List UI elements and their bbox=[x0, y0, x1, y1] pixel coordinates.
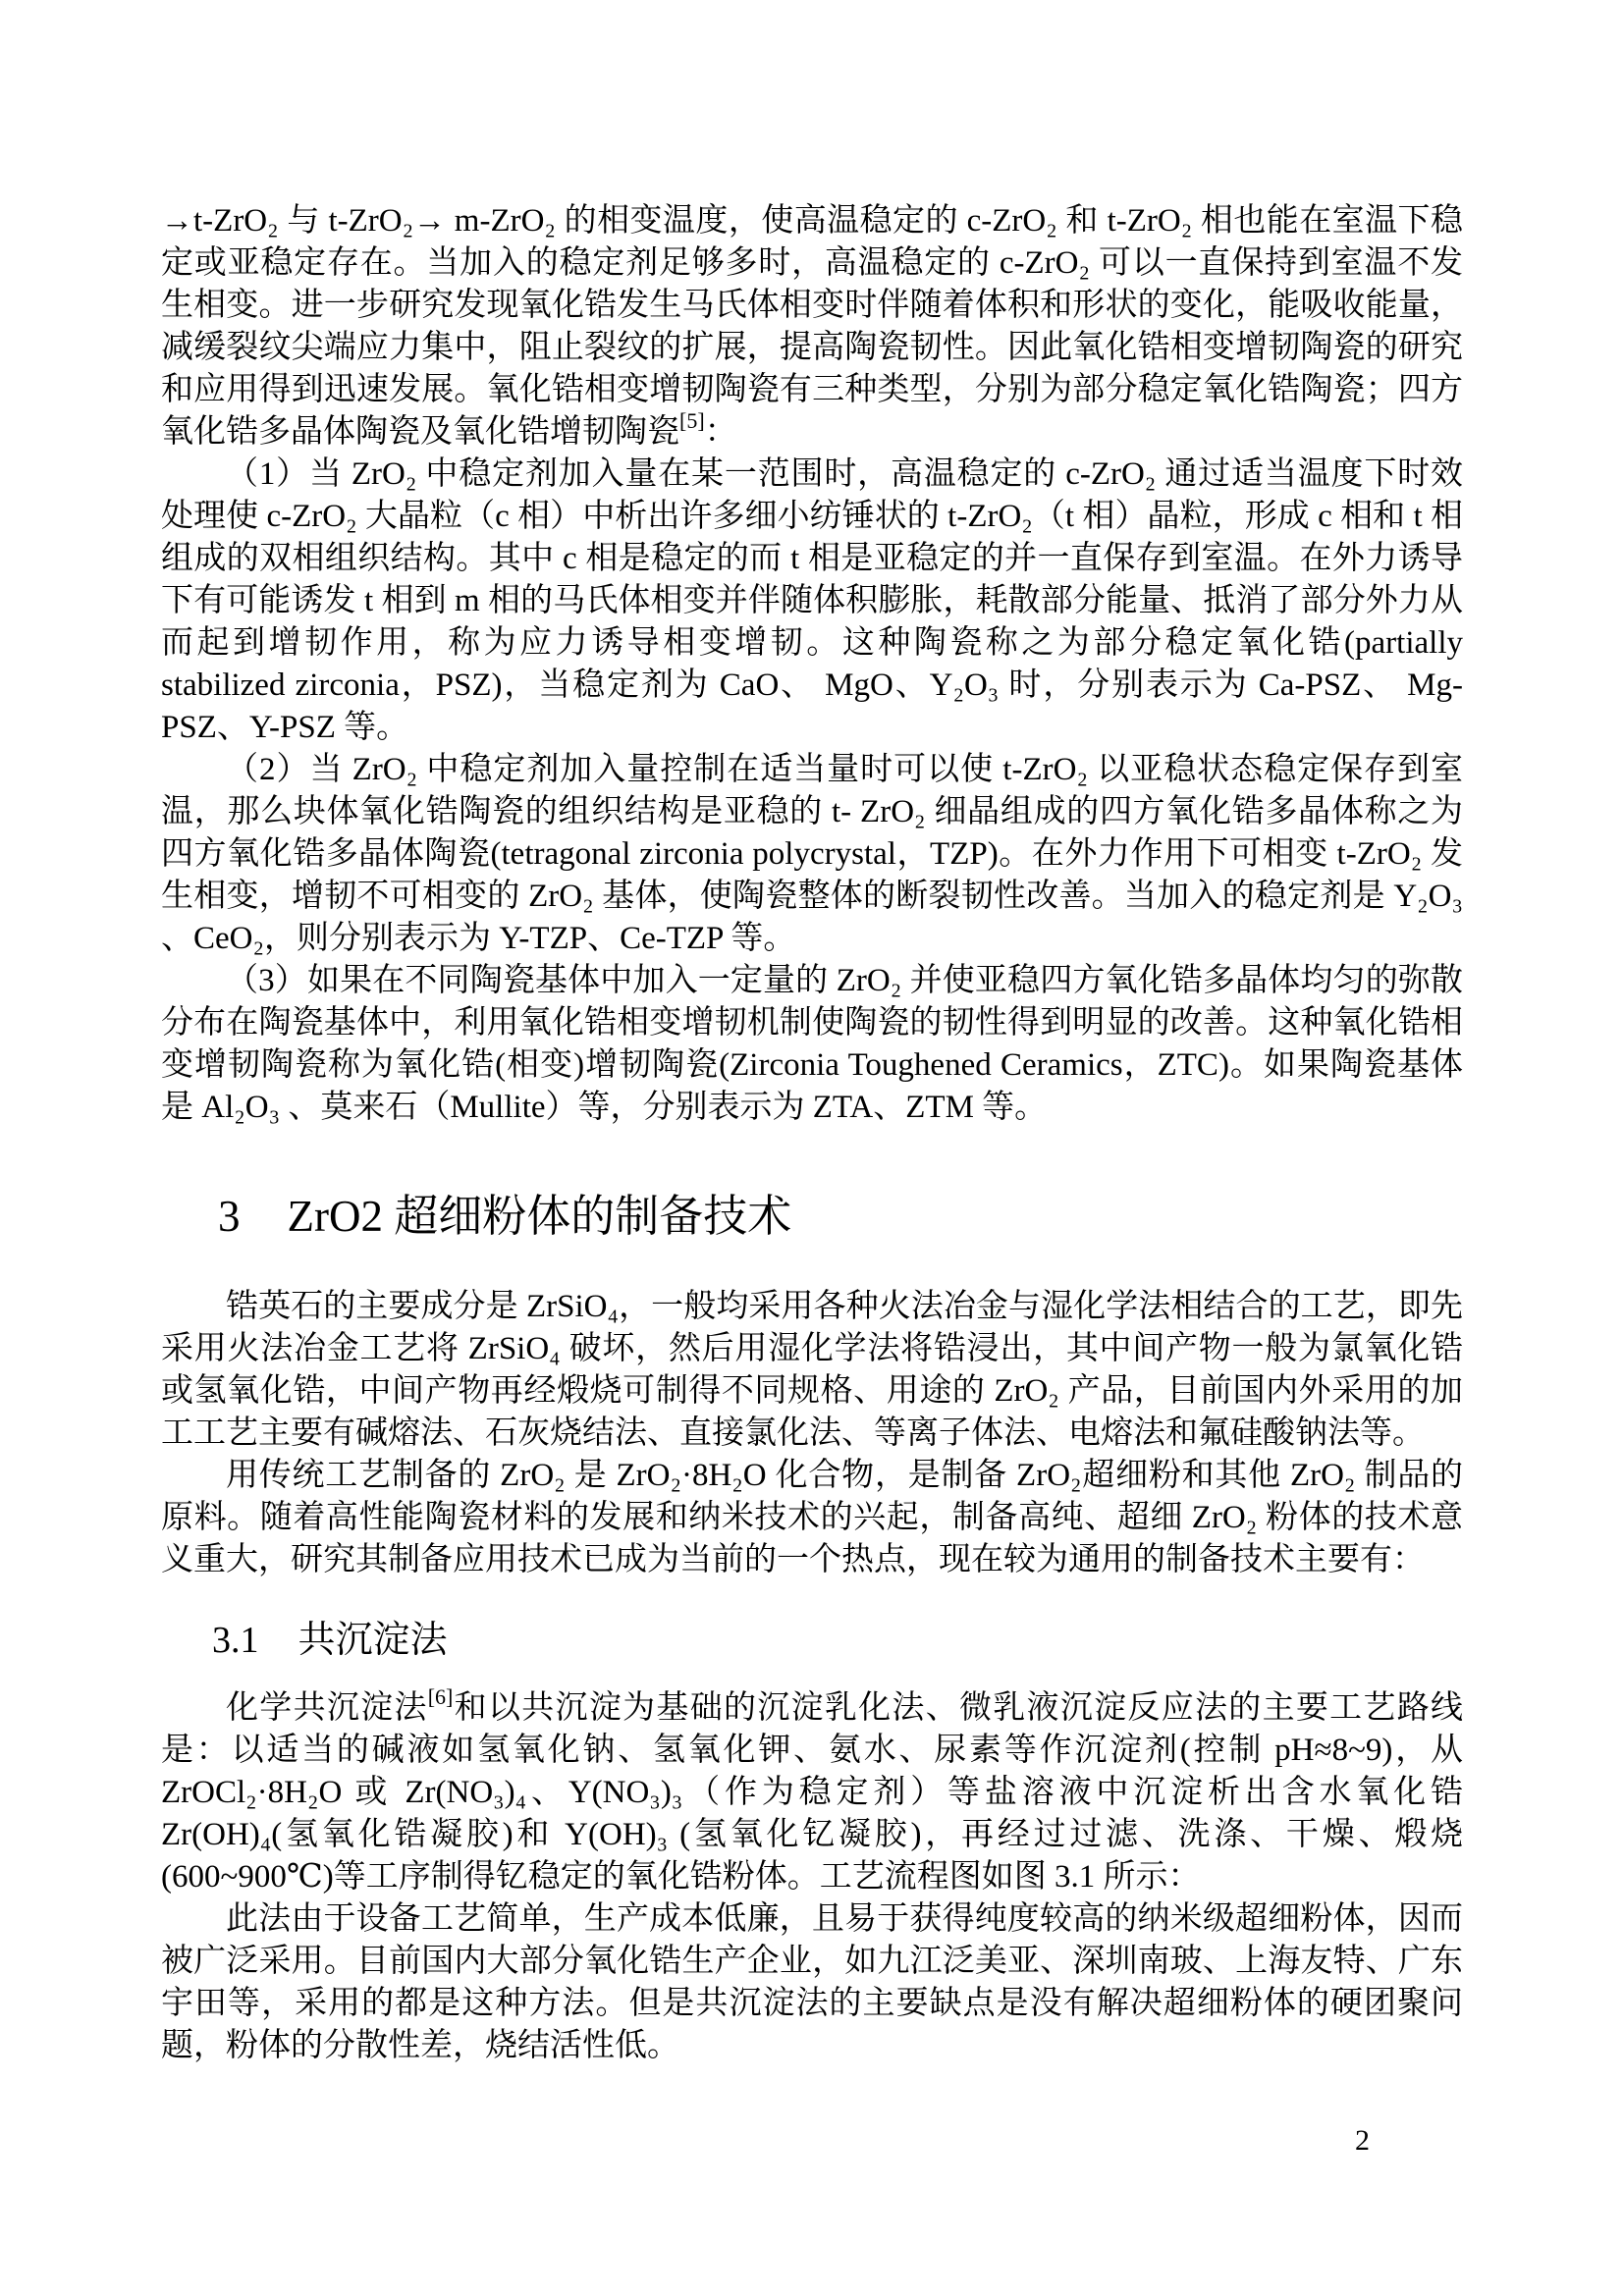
citation-ref-5: [5] bbox=[679, 408, 705, 433]
section-number: 3.1 bbox=[212, 1617, 259, 1664]
paragraph-zircon-process: 锆英石的主要成分是 ZrSiO₄，一般均采用各种火法冶金与湿化学法相结合的工艺，… bbox=[161, 1286, 1463, 1455]
paragraph-item-2-tzp: （2）当 ZrO₂ 中稳定剂加入量控制在适当量时可以使 t-ZrO₂ 以亚稳状态… bbox=[161, 749, 1463, 960]
paragraph-text: 化学共沉淀法 bbox=[226, 1690, 428, 1726]
section-title: ZrO2 超细粉体的制备技术 bbox=[288, 1192, 792, 1241]
paragraph-coprecipitation-route: 化学共沉淀法[6]和以共沉淀为基础的沉淀乳化法、微乳液沉淀反应法的主要工艺路线是… bbox=[161, 1687, 1463, 1898]
paragraph-text: →t-ZrO₂ 与 t-ZrO₂→ m-ZrO₂ 的相变温度，使高温稳定的 c-… bbox=[161, 203, 1463, 450]
section-number: 3 bbox=[218, 1190, 241, 1243]
paragraph-phase-transition-intro: →t-ZrO₂ 与 t-ZrO₂→ m-ZrO₂ 的相变温度，使高温稳定的 c-… bbox=[161, 200, 1463, 454]
section-heading-3: 3ZrO2 超细粉体的制备技术 bbox=[218, 1190, 1463, 1243]
citation-ref-6: [6] bbox=[428, 1684, 454, 1709]
document-page: →t-ZrO₂ 与 t-ZrO₂→ m-ZrO₂ 的相变温度，使高温稳定的 c-… bbox=[0, 0, 1623, 2296]
paragraph-item-3-ztc: （3）如果在不同陶瓷基体中加入一定量的 ZrO₂ 并使亚稳四方氧化锆多晶体均匀的… bbox=[161, 960, 1463, 1129]
paragraph-item-1-psz: （1）当 ZrO₂ 中稳定剂加入量在某一范围时，高温稳定的 c-ZrO₂ 通过适… bbox=[161, 454, 1463, 749]
paragraph-traditional-process: 用传统工艺制备的 ZrO₂ 是 ZrO₂·8H₂O 化合物，是制备 ZrO₂超细… bbox=[161, 1455, 1463, 1581]
page-body-text: →t-ZrO₂ 与 t-ZrO₂→ m-ZrO₂ 的相变温度，使高温稳定的 c-… bbox=[161, 200, 1463, 2067]
page-number: 2 bbox=[1355, 2123, 1370, 2159]
paragraph-coprecipitation-pros-cons: 此法由于设备工艺简单，生产成本低廉，且易于获得纯度较高的纳米级超细粉体，因而被广… bbox=[161, 1898, 1463, 2067]
section-title: 共沉淀法 bbox=[298, 1620, 448, 1661]
section-heading-3-1: 3.1共沉淀法 bbox=[212, 1617, 1463, 1664]
paragraph-text: ： bbox=[705, 414, 737, 450]
